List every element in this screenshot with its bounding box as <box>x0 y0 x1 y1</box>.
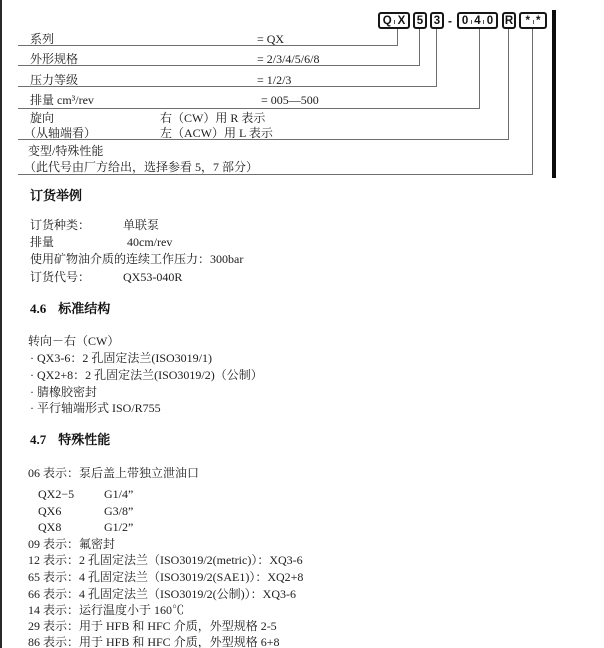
code-box-variant: ** <box>519 12 547 29</box>
connector-line <box>397 29 398 45</box>
code-char: 0 <box>481 15 493 27</box>
connector-line <box>419 29 420 65</box>
drain-port-size: G3/8” <box>104 504 133 518</box>
connector-line <box>479 29 480 108</box>
special-item: 66 表示：4 孔固定法兰（ISO3019/2(公制)）：XQ3-6 <box>28 587 296 601</box>
page-left-edge <box>0 0 2 648</box>
special-features-heading: 4.7特殊性能 <box>30 433 110 447</box>
code-char: 3 <box>434 15 440 27</box>
row-rule <box>18 86 437 87</box>
datasheet-page: QX 5 3 - 040 R ** 系列 = QX 外形规格 = 2/3/4/5… <box>0 0 604 648</box>
connector-line <box>508 29 509 139</box>
section-number: 4.7 <box>30 432 46 447</box>
param-variant-note: （此代号由厂方给出，选择参看 5，7 部分） <box>24 160 258 174</box>
special-item: 29 表示：用于 HFB 和 HFC 介质，外型规格 2-5 <box>28 619 277 633</box>
connector-line <box>436 29 437 86</box>
code-char: 4 <box>468 15 480 27</box>
order-code-value: QX53-040R <box>123 270 182 284</box>
section-title: 标准结构 <box>58 301 110 316</box>
drain-port-size: G1/4” <box>104 487 133 501</box>
code-char: Q <box>383 15 392 27</box>
code-box-rotation: R <box>502 12 516 29</box>
standard-bullet: · QX3-6：2 孔固定法兰(ISO3019/1) <box>30 351 212 365</box>
special-item: 12 表示：2 孔固定法兰（ISO3019/2(metric)）：XQ3-6 <box>28 553 303 567</box>
order-type-label: 订货种类： <box>30 218 90 232</box>
code-char: 5 <box>417 15 423 27</box>
param-pressure-label: 压力等级 <box>30 73 78 87</box>
special-item: 14 表示：运行温度小于 160℃ <box>28 603 184 617</box>
param-rotation-sublabel: （从轴端看） <box>24 126 96 140</box>
param-series-label: 系列 <box>30 32 54 46</box>
order-example-title: 订货举例 <box>30 189 82 203</box>
param-variant-label: 变型/特殊性能 <box>28 144 103 158</box>
row-rule <box>18 45 398 46</box>
code-box-pressure: 3 <box>430 12 444 29</box>
param-series-value: = QX <box>257 32 284 46</box>
code-box-series: QX <box>378 12 410 29</box>
special-item: 65 表示：4 孔固定法兰（ISO3019/2(SAE1)）：XQ2+8 <box>28 570 303 584</box>
special-item-06: 06 表示：泵后盖上带独立泄油口 <box>28 466 199 480</box>
code-char: R <box>505 15 513 27</box>
order-displacement-label: 排量 <box>30 235 54 249</box>
standard-bullet: · 平行轴端形式 ISO/R755 <box>30 401 161 415</box>
param-rotation-cw: 右（CW）用 R 表示 <box>160 111 265 125</box>
param-displacement-value: = 005—500 <box>261 93 319 107</box>
param-rotation-acw: 左（ACW）用 L 表示 <box>160 126 273 140</box>
section-number: 4.6 <box>30 301 46 316</box>
row-rule <box>18 174 533 175</box>
standard-intro: 转向－右（CW） <box>28 334 119 348</box>
order-code-label: 订货代号： <box>30 270 90 284</box>
section-title: 特殊性能 <box>58 432 110 447</box>
code-char: * <box>530 15 540 27</box>
param-size-label: 外形规格 <box>30 52 78 66</box>
standard-bullet: · QX2+8：2 孔固定法兰(ISO3019/2)（公制） <box>30 368 263 382</box>
param-size-value: = 2/3/4/5/6/8 <box>257 52 319 66</box>
code-hyphen: - <box>448 12 452 29</box>
standard-bullet: · 腈橡胶密封 <box>30 385 97 399</box>
param-rotation-label: 旋向 <box>30 111 54 125</box>
code-char: X <box>392 15 406 27</box>
row-rule <box>18 108 480 109</box>
order-pressure-value: 300bar <box>210 252 243 266</box>
standard-structure-heading: 4.6标准结构 <box>30 302 110 316</box>
code-end-bar <box>552 10 556 178</box>
special-item: 09 表示：氟密封 <box>28 537 115 551</box>
drain-port-size: G1/2” <box>104 520 133 534</box>
param-pressure-value: = 1/2/3 <box>257 73 291 87</box>
special-item: 86 表示：用于 HFB 和 HFC 介质，外型规格 6+8 <box>28 635 279 648</box>
param-displacement-label: 排量 cm³/rev <box>30 93 94 107</box>
order-pressure-label: 使用矿物油介质的连续工作压力： <box>30 252 210 266</box>
code-box-displacement: 040 <box>457 12 498 29</box>
drain-port-model: QX8 <box>38 520 61 534</box>
order-displacement-value: 40cm/rev <box>127 235 172 249</box>
code-box-size: 5 <box>413 12 427 29</box>
order-type-value: 单联泵 <box>123 218 159 232</box>
row-rule <box>18 65 420 66</box>
drain-port-model: QX6 <box>38 504 61 518</box>
drain-port-model: QX2−5 <box>38 487 74 501</box>
connector-line <box>532 29 533 174</box>
